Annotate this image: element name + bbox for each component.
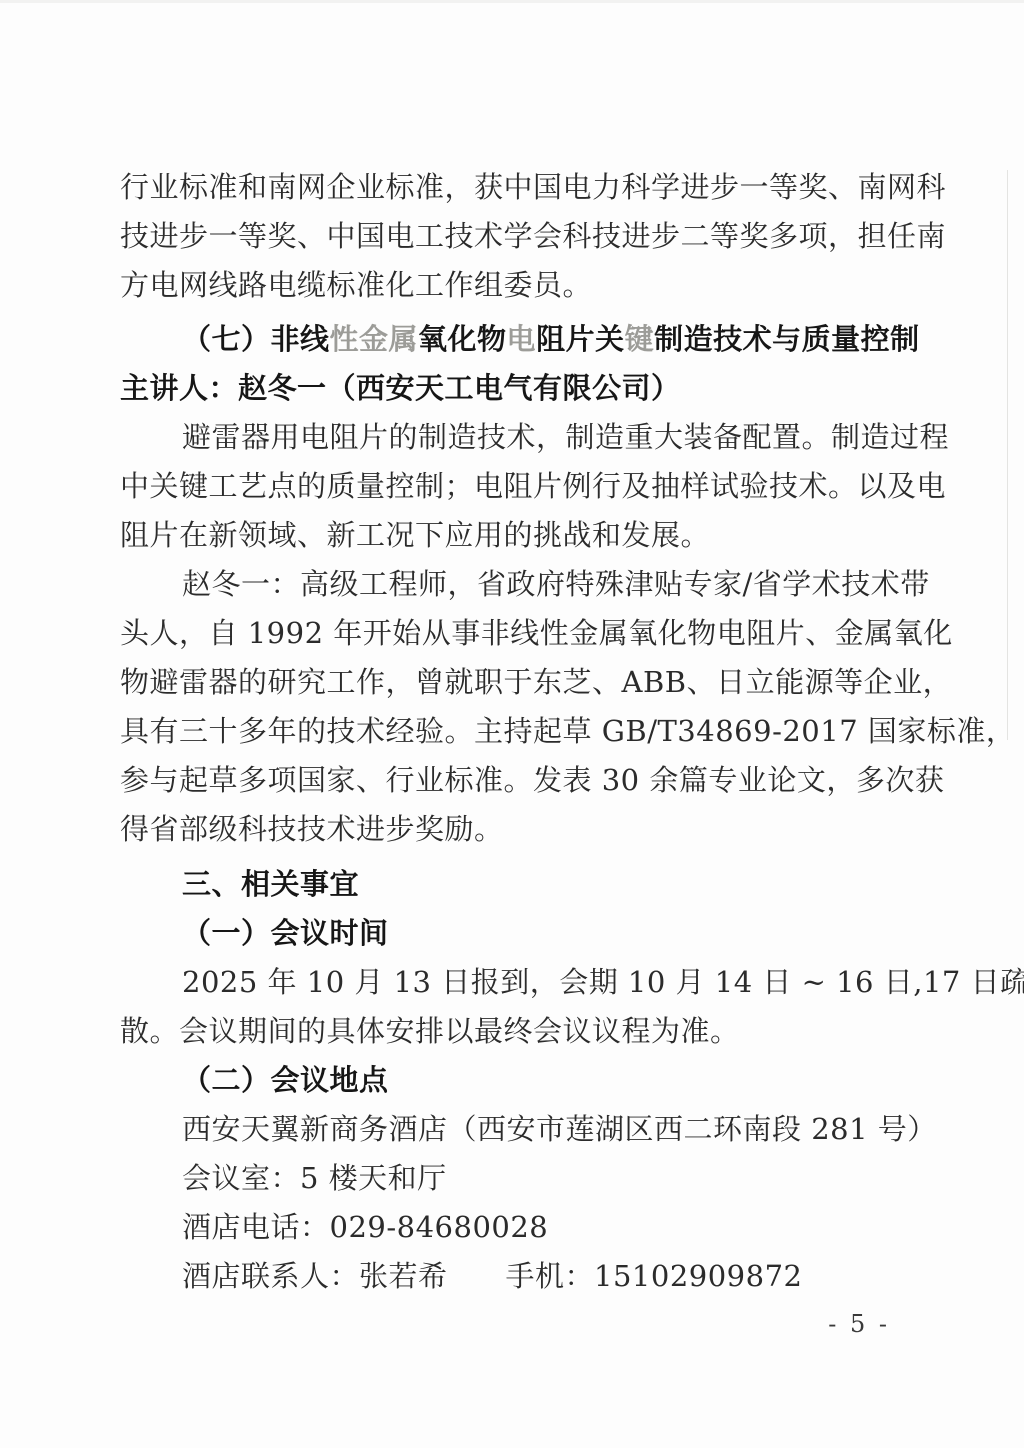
scan-edge-artifact-top	[0, 0, 1024, 3]
bio-line: 得省部级科技技术进步奖励。	[120, 805, 906, 854]
meeting-time-heading: （一）会议时间	[120, 909, 906, 958]
session7-heading: （七）非线性金属氧化物电阻片关键制造技术与质量控制	[120, 315, 906, 364]
venue-line: 西安天翼新商务酒店（西安市莲湖区西二环南段 281 号）	[120, 1105, 906, 1154]
hotel-phone-line: 酒店电话：029-84680028	[120, 1203, 906, 1252]
session7-heading-segment: 制造技术与质量控制	[654, 322, 920, 356]
session7-heading-segment: （七）非线	[182, 322, 330, 356]
abstract-line: 避雷器用电阻片的制造技术，制造重大装备配置。制造过程	[120, 413, 906, 462]
scan-edge-artifact-right	[1007, 170, 1008, 740]
hotel-contact-name: 酒店联系人：张若希	[182, 1259, 448, 1293]
bio-line: 头人，自 1992 年开始从事非线性金属氧化物电阻片、金属氧化	[120, 609, 906, 658]
speaker-line: 主讲人：赵冬一（西安天工电气有限公司）	[120, 364, 906, 413]
hotel-contact-line: 酒店联系人：张若希手机：15102909872	[120, 1252, 906, 1301]
meeting-room-line: 会议室：5 楼天和厅	[120, 1154, 906, 1203]
abstract-line: 阻片在新领域、新工况下应用的挑战和发展。	[120, 511, 906, 560]
continuation-paragraph-line: 技进步一等奖、中国电工技术学会科技进步二等奖多项，担任南	[120, 212, 906, 261]
page-number: - 5 -	[828, 1308, 890, 1340]
session7-heading-segment: 阻片关	[536, 322, 625, 356]
bio-line: 参与起草多项国家、行业标准。发表 30 余篇专业论文，多次获	[120, 756, 906, 805]
continuation-paragraph-line: 行业标准和南网企业标准，获中国电力科学进步一等奖、南网科	[120, 163, 906, 212]
session7-heading-segment-faded: 键	[625, 322, 655, 356]
bio-line: 物避雷器的研究工作，曾就职于东芝、ABB、日立能源等企业，	[120, 658, 906, 707]
abstract-line: 中关键工艺点的质量控制；电阻片例行及抽样试验技术。以及电	[120, 462, 906, 511]
continuation-paragraph-line: 方电网线路电缆标准化工作组委员。	[120, 261, 906, 310]
session7-heading-segment-faded: 性金属	[330, 322, 419, 356]
meeting-time-line: 散。会议期间的具体安排以最终会议议程为准。	[120, 1007, 906, 1056]
document-body: 行业标准和南网企业标准，获中国电力科学进步一等奖、南网科 技进步一等奖、中国电工…	[120, 163, 906, 1301]
hotel-contact-mobile: 手机：15102909872	[506, 1259, 803, 1293]
bio-line: 赵冬一：高级工程师，省政府特殊津贴专家/省学术技术带	[120, 560, 906, 609]
document-page: 行业标准和南网企业标准，获中国电力科学进步一等奖、南网科 技进步一等奖、中国电工…	[0, 0, 1024, 1448]
meeting-time-line: 2025 年 10 月 13 日报到，会期 10 月 14 日 ~ 16 日,1…	[120, 958, 906, 1007]
bio-line: 具有三十多年的技术经验。主持起草 GB/T34869-2017 国家标准，	[120, 707, 906, 756]
meeting-venue-heading: （二）会议地点	[120, 1056, 906, 1105]
session7-heading-segment-faded: 电	[507, 322, 537, 356]
session7-heading-segment: 氧化物	[418, 322, 507, 356]
related-matters-heading: 三、相关事宜	[120, 860, 906, 909]
